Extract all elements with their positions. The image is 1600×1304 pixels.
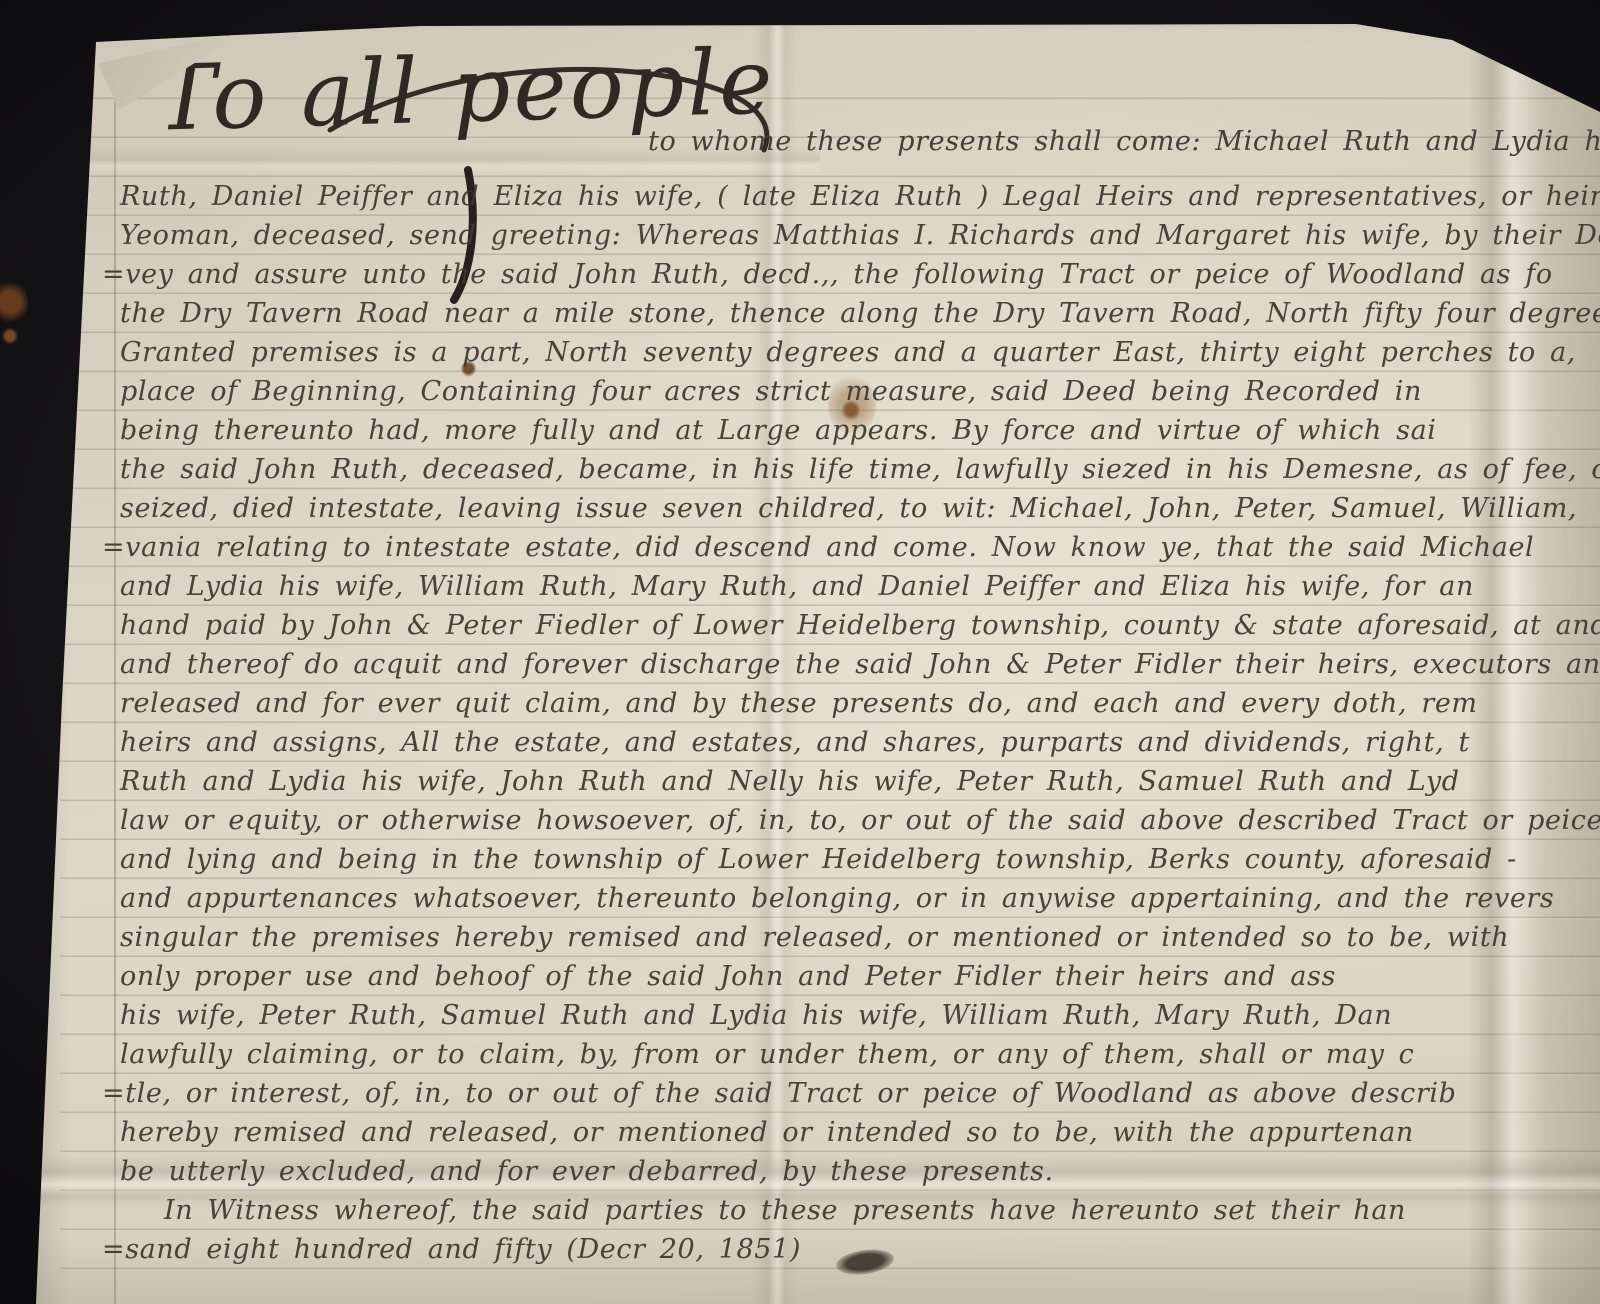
manuscript-line: released and for ever quit claim, and by… <box>120 684 1600 723</box>
document-paper: To all people to whome these presents sh… <box>0 0 1600 1304</box>
manuscript-line: seized, died intestate, leaving issue se… <box>120 489 1600 528</box>
manuscript-line: only proper use and behoof of the said J… <box>120 957 1600 996</box>
manuscript-line: be utterly excluded, and for ever debarr… <box>120 1152 1600 1191</box>
manuscript-line: and Lydia his wife, William Ruth, Mary R… <box>120 567 1600 606</box>
manuscript-body: Ruth, Daniel Peiffer and Eliza his wife,… <box>120 177 1600 1269</box>
manuscript-line: and appurtenances whatsoever, thereunto … <box>120 879 1600 918</box>
manuscript-line: place of Beginning, Containing four acre… <box>120 372 1600 411</box>
left-margin-line <box>114 68 116 1304</box>
manuscript-line: Ruth, Daniel Peiffer and Eliza his wife,… <box>120 177 1600 216</box>
manuscript-line: heirs and assigns, All the estate, and e… <box>120 723 1600 762</box>
manuscript-line: lawfully claiming, or to claim, by, from… <box>120 1035 1600 1074</box>
manuscript-line: singular the premises hereby remised and… <box>120 918 1600 957</box>
manuscript-line: =tle, or interest, of, in, to or out of … <box>102 1074 1600 1113</box>
manuscript-line: In Witness whereof, the said parties to … <box>164 1191 1600 1230</box>
manuscript-line: Granted premises is a part, North sevent… <box>120 333 1600 372</box>
manuscript-line: his wife, Peter Ruth, Samuel Ruth and Ly… <box>120 996 1600 1035</box>
manuscript-line: =sand eight hundred and fifty (Decr 20, … <box>102 1230 1600 1269</box>
manuscript-line: =vania relating to intestate estate, did… <box>102 528 1600 567</box>
heading-continuation: to whome these presents shall come: Mich… <box>648 126 1600 157</box>
manuscript-line: and lying and being in the township of L… <box>120 840 1600 879</box>
manuscript-line: Ruth and Lydia his wife, John Ruth and N… <box>120 762 1600 801</box>
stain-spot <box>2 328 18 344</box>
photo-background: To all people to whome these presents sh… <box>0 0 1600 1304</box>
manuscript-line: law or equity, or otherwise howsoever, o… <box>120 801 1600 840</box>
manuscript-line: hand paid by John & Peter Fiedler of Low… <box>120 606 1600 645</box>
manuscript-line: being thereunto had, more fully and at L… <box>120 411 1600 450</box>
manuscript-line: the Dry Tavern Road near a mile stone, t… <box>120 294 1600 333</box>
manuscript-line: and thereof do acquit and forever discha… <box>120 645 1600 684</box>
manuscript-line: hereby remised and released, or mentione… <box>120 1113 1600 1152</box>
manuscript-line: the said John Ruth, deceased, became, in… <box>120 450 1600 489</box>
manuscript-line: Yeoman, deceased, send greeting: Whereas… <box>120 216 1600 255</box>
manuscript-line: =vey and assure unto the said John Ruth,… <box>102 255 1600 294</box>
stain-spot <box>0 280 28 324</box>
